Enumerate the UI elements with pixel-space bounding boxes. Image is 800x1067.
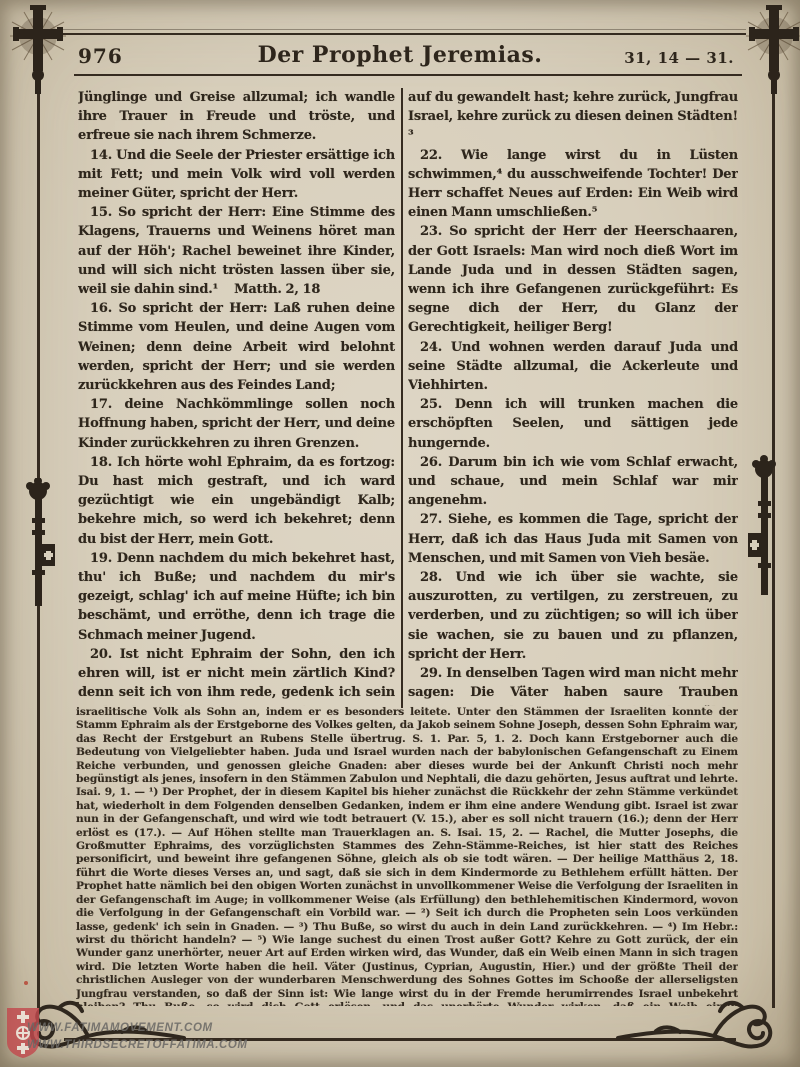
verse-paragraph: 22. Wie lange wirst du in Lüsten schwimm… (408, 146, 738, 223)
verse-paragraph: 18. Ich hörte wohl Ephraim, da es fortzo… (78, 453, 395, 549)
verse-text: 29. In denselben Tagen wird man nicht me… (408, 666, 738, 706)
verse-text: 26. Darum bin ich wie vom Schlaf erwacht… (408, 455, 738, 508)
watermark-url: WWW.THIRDSECRETOFFATIMA.COM (27, 1039, 248, 1051)
verse-text: 28. Und wie ich über sie wachte, sie aus… (408, 570, 738, 662)
scroll-flourish-icon (616, 998, 776, 1054)
verse-range: 31, 14 — 31. (624, 49, 734, 67)
verse-text: 23. So spricht der Herr der Heerschaaren… (408, 224, 738, 335)
frame-top-line (54, 33, 746, 35)
verse-text: 17. deine Nachkömmlinge sollen noch Hoff… (78, 397, 395, 450)
right-text-column: auf du gewandelt hast; kehre zurück, Jun… (408, 88, 738, 706)
key-ornament-icon (22, 478, 56, 606)
verse-paragraph: 24. Und wohnen werden darauf Juda und se… (408, 338, 738, 396)
footnote-marker: ⁵ (592, 205, 598, 220)
verse-paragraph: 26. Darum bin ich wie vom Schlaf erwacht… (408, 453, 738, 511)
verse-paragraph: 16. So spricht der Herr: Laß ruhen deine… (78, 299, 395, 395)
verse-paragraph: 23. So spricht der Herr der Heerschaaren… (408, 222, 738, 337)
verse-text: 27. Siehe, es kommen die Tage, spricht d… (408, 512, 738, 565)
verse-text: 20. Ist nicht Ephraim der Sohn, den ich … (78, 647, 395, 706)
scripture-body: Jünglinge und Greise allzumal; ich wandl… (78, 88, 738, 706)
verse-paragraph: 29. In denselben Tagen wird man nicht me… (408, 664, 738, 706)
verse-text: 24. Und wohnen werden darauf Juda und se… (408, 340, 738, 393)
ink-speck (24, 981, 28, 985)
verse-paragraph: 20. Ist nicht Ephraim der Sohn, den ich … (78, 645, 395, 706)
key-ornament-icon (746, 455, 780, 595)
left-text-column: Jünglinge und Greise allzumal; ich wandl… (78, 88, 395, 706)
verse-paragraph: Jünglinge und Greise allzumal; ich wandl… (78, 88, 395, 146)
footnote-commentary: israelitische Volk als Sohn an, indem er… (76, 706, 738, 1006)
verse-text: 19. Denn nachdem du mich bekehret hast, … (78, 551, 395, 643)
verse-text: 14. Und die Seele der Priester ersättige… (78, 148, 395, 201)
verse-text: 16. So spricht der Herr: Laß ruhen deine… (78, 301, 395, 393)
header-rule (74, 74, 742, 76)
frame-top-echo-line (54, 29, 746, 30)
cross-reference: Matth. 2, 18 (218, 282, 320, 297)
verse-paragraph: auf du gewandelt hast; kehre zurück, Jun… (408, 88, 738, 146)
verse-paragraph: 28. Und wie ich über sie wachte, sie aus… (408, 568, 738, 664)
verse-paragraph: 15. So spricht der Herr: Eine Stimme des… (78, 203, 395, 299)
scanned-bible-page: 976 Der Prophet Jeremias. 31, 14 — 31. J… (0, 0, 800, 1067)
verse-paragraph: 25. Denn ich will trunken machen die ers… (408, 395, 738, 453)
verse-text: Jünglinge und Greise allzumal; ich wandl… (78, 90, 395, 143)
verse-paragraph: 19. Denn nachdem du mich bekehret hast, … (78, 549, 395, 645)
verse-text: 18. Ich hörte wohl Ephraim, da es fortzo… (78, 455, 395, 547)
verse-paragraph: 27. Siehe, es kommen die Tage, spricht d… (408, 510, 738, 568)
verse-paragraph: 14. Und die Seele der Priester ersättige… (78, 146, 395, 204)
verse-text: auf du gewandelt hast; kehre zurück, Jun… (408, 90, 738, 143)
verse-text: 25. Denn ich will trunken machen die ers… (408, 397, 738, 450)
watermark-url: WWW.FATIMAMOVEMENT.COM (27, 1022, 213, 1034)
verse-paragraph: 17. deine Nachkömmlinge sollen noch Hoff… (78, 395, 395, 453)
